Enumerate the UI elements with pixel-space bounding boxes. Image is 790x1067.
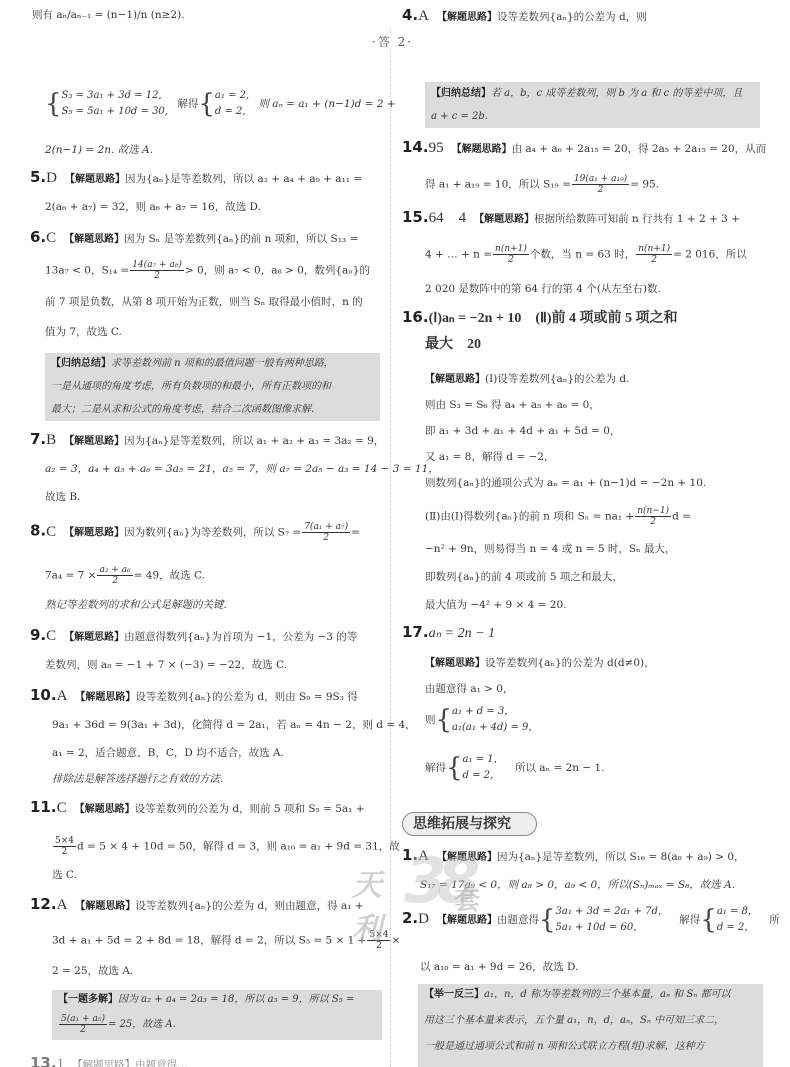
question-7-line3: 故选 B. xyxy=(45,490,80,504)
top-line: 则有 aₙ/aₙ₋₁ = (n−1)/n (n≥2). xyxy=(32,8,185,22)
question-17-line2: 由题意得 a₁ > 0， xyxy=(425,682,513,696)
question-16-line7: −n² + 9n，则易得当 n = 4 或 n = 5 时，Sₙ 最大， xyxy=(425,542,675,556)
question-13-partial: 13.1【解题思路】由题意得… xyxy=(30,1056,188,1067)
question-6: 6.C【解题思路】因为 Sₙ 是等差数列{aₙ}的前 n 项和，所以 S₁₃ = xyxy=(30,230,358,247)
q4-continuation-line2: 2(n−1) = 2n. 故选 A. xyxy=(45,143,153,157)
brace-icon: { xyxy=(198,91,215,117)
question-10-line2: 9a₁ + 36d = 9(3a₁ + 3d)，化简得 d = 2a₁，若 aₙ… xyxy=(52,718,416,732)
question-8-line2: 7a₄ = 7 ×a₂ + a₆2= 49，故选 C. xyxy=(45,565,205,586)
question-6-line3: 前 7 项是负数，从第 8 项开始为正数，则当 Sₙ 取得最小值时，n 的 xyxy=(45,295,363,309)
question-12: 12.A【解题思路】设等差数列{aₙ}的公差为 d，则由题意，得 a₁ + xyxy=(30,897,364,914)
question-8: 8.C【解题思路】因为数列{aₙ}为等差数列，所以 S₇ =7(a₁ + a₇)… xyxy=(30,522,360,543)
question-17-system-1: 则{a₁ + d = 3，a₁(a₁ + 4d) = 9， xyxy=(425,704,538,736)
exploration-question-2-line2: 以 a₁₀ = a₁ + 9d = 26，故选 D. xyxy=(420,960,578,974)
question-14-line2: 得 a₁ + a₁₉ = 10，所以 S₁₉ =19(a₁ + a₁₉)2= 9… xyxy=(425,174,659,195)
question-4: 4.A【解题思路】设等差数列{aₙ}的公差为 d，则 xyxy=(402,8,647,25)
alternative-solution-box: 【一题多解】因为 a₂ + a₄ = 2a₃ = 18，所以 a₃ = 9，所以… xyxy=(52,990,382,1040)
question-6-line2: 13a₇ < 0，S₁₄ =14(a₇ + a₈)2> 0，则 a₇ < 0，a… xyxy=(45,260,370,281)
exploration-question-2: 2.D【解题思路】由题意得{3a₁ + 3d = 2a₁ + 7d，5a₁ + … xyxy=(402,904,780,936)
question-5: 5.D【解题思路】因为{aₙ}是等差数列，所以 a₂ + a₄ + a₉ + a… xyxy=(30,170,362,187)
brace-icon: { xyxy=(700,907,717,933)
question-15-line2: 4 + … + n =n(n+1)2个数，当 n = 63 时，n(n+1)2=… xyxy=(425,244,747,265)
question-7: 7.B【解题思路】因为{aₙ}是等差数列，所以 a₁ + a₂ + a₃ = 3… xyxy=(30,432,384,449)
question-16-answer-line2: 最大 20 xyxy=(425,338,481,352)
question-12-line2: 3d + a₁ + 5d = 2 + 8d = 18，解得 d = 2，所以 S… xyxy=(52,930,400,951)
question-7-line2: a₂ = 3，a₄ + a₅ + a₆ = 3a₅ = 21，a₅ = 7，则 … xyxy=(45,462,439,476)
extension-box: 【举一反三】a₁，n，d 称为等差数列的三个基本量，aₙ 和 Sₙ 都可以 用这… xyxy=(418,984,763,1067)
question-11: 11.C【解题思路】设等差数列的公差为 d，则前 5 项和 S₅ = 5a₁ + xyxy=(30,800,365,817)
exploration-question-1-line2: S₁₇ = 17a₉ < 0，则 a₈ > 0，a₉ < 0，所以(Sₙ)ₘₐₓ… xyxy=(420,878,735,892)
system-a: S₃ = 3a₁ + 3d = 12,S₅ = 5a₁ + 10d = 30, xyxy=(62,88,168,120)
question-16-line6: (Ⅱ)由(Ⅰ)得数列{aₙ}的前 n 项和 Sₙ = na₁ +n(n−1)2d… xyxy=(425,506,691,527)
question-16-line5: 则数列{aₙ}的通项公式为 aₙ = a₁ + (n−1)d = −2n + 1… xyxy=(425,476,706,490)
question-16: 16.(Ⅰ)aₙ = −2n + 10 (Ⅱ)前 4 项或前 5 项之和 xyxy=(402,310,678,326)
question-11-line2: 5×42d = 5 × 4 + 10d = 50，解得 d = 3，则 a₁₀ … xyxy=(52,836,400,857)
brace-icon: { xyxy=(45,91,62,117)
question-16-line9: 最大值为 −4² + 9 × 4 = 20. xyxy=(425,598,567,612)
question-16-line3: 即 a₁ + 3d + a₁ + 4d + a₁ + 5d = 0， xyxy=(425,424,620,438)
brace-icon: { xyxy=(436,707,453,733)
question-17: 17.aₙ = 2n − 1 xyxy=(402,625,495,641)
question-10: 10.A【解题思路】设等差数列{aₙ}的公差为 d，则由 S₉ = 9S₃ 得 xyxy=(30,688,358,705)
question-16-line8: 即数列{aₙ}的前 4 项或前 5 项之和最大， xyxy=(425,570,623,584)
question-5-line2: 2(a₆ + a₇) = 32，则 a₆ + a₇ = 16，故选 D. xyxy=(45,200,261,214)
question-17-tag-line: 【解题思路】设等差数列{aₙ}的公差为 d(d≠0)， xyxy=(425,656,655,671)
question-15: 15.64 4【解题思路】根据所给数阵可知前 n 行共有 1 + 2 + 3 + xyxy=(402,210,740,227)
question-9: 9.C【解题思路】由题意得数列{aₙ}为首项为 −1，公差为 −3 的等 xyxy=(30,628,357,645)
question-16-line2: 则由 S₃ = S₆ 得 a₄ + a₅ + a₆ = 0， xyxy=(425,398,600,412)
question-16-tag-line: 【解题思路】(Ⅰ)设等差数列{aₙ}的公差为 d. xyxy=(425,372,629,387)
question-15-line3: 2 020 是数阵中的第 64 行的第 4 个(从左至右)数. xyxy=(425,282,661,296)
question-10-note: 排除法是解答选择题行之有效的方法. xyxy=(52,772,223,786)
section-title: 思维拓展与探究 xyxy=(402,812,537,836)
exploration-question-1: 1.A【解题思路】因为{aₙ}是等差数列，所以 S₁₆ = 8(a₈ + a₉)… xyxy=(402,848,745,865)
question-6-line4: 值为 7，故选 C. xyxy=(45,325,122,339)
question-10-line3: a₁ = 2，适合题意，B，C，D 均不适合，故选 A. xyxy=(52,746,284,760)
question-17-system-2: 解得{a₁ = 1，d = 2， 所以 aₙ = 2n − 1. xyxy=(425,752,605,784)
question-12-line3: 2 = 25，故选 A. xyxy=(52,964,133,978)
summary-box-1: 【归纳总结】求等差数列前 n 项和的最值问题一般有两种思路， 一是从通项的角度考… xyxy=(45,353,380,421)
question-11-line3: 选 C. xyxy=(52,868,77,882)
question-14: 14.95【解题思路】由 a₄ + a₆ + 2a₁₅ = 20，得 2a₅ +… xyxy=(402,140,766,157)
q4-continuation-system: {S₃ = 3a₁ + 3d = 12,S₅ = 5a₁ + 10d = 30,… xyxy=(45,88,396,120)
column-divider xyxy=(390,28,391,1067)
brace-icon: { xyxy=(446,755,463,781)
question-16-line4: 又 a₁ = 8，解得 d = −2， xyxy=(425,450,554,464)
question-8-note: 熟记等差数列的求和公式是解题的关键. xyxy=(45,598,227,612)
question-9-line2: 差数列，则 a₈ = −1 + 7 × (−3) = −22，故选 C. xyxy=(45,658,287,672)
brace-icon: { xyxy=(539,907,556,933)
page-number: ·答 2· xyxy=(368,33,417,50)
summary-box-2: 【归纳总结】若 a，b，c 成等差数列，则 b 为 a 和 c 的等差中项，且 … xyxy=(425,82,760,128)
